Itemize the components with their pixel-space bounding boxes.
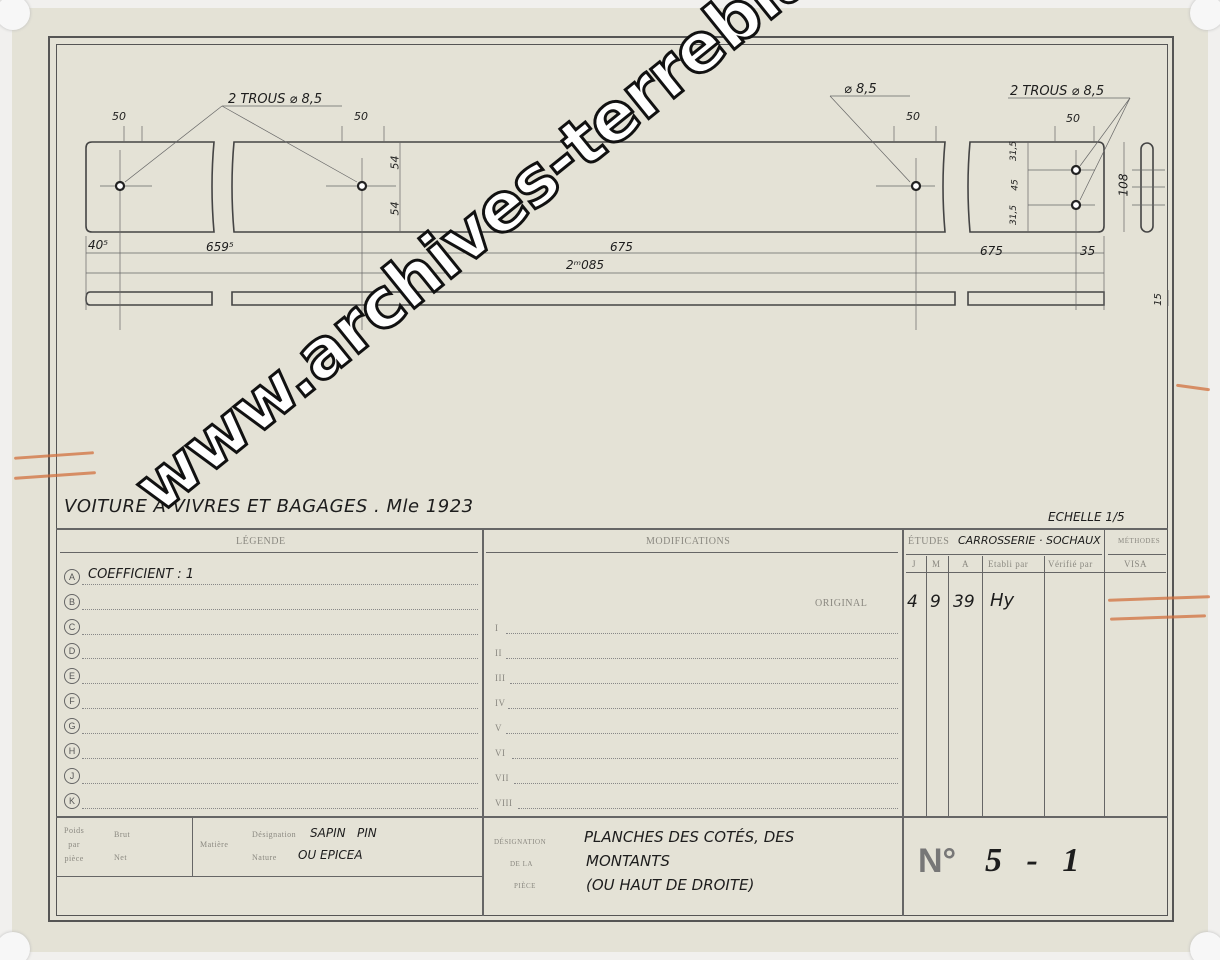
modification-row-label: VIII (495, 798, 513, 808)
established-by-signature: Hy (990, 590, 1014, 611)
piece-designation-line1: PLANCHES DES COTÉS, DES (584, 828, 794, 846)
column-verifie: Vérifié par (1048, 559, 1093, 569)
dimension-54-bottom: 54 (389, 202, 402, 216)
modification-row-label: IV (495, 698, 506, 708)
weight-per-piece-label: Poids par pièce (64, 824, 84, 866)
designation-label: Désignation (252, 830, 296, 839)
number-label: N° (918, 842, 956, 881)
legend-letter-k: K (64, 793, 80, 809)
divider (906, 572, 1166, 573)
dimension-15: 15 (1153, 293, 1164, 306)
piece-label-line2: DE LA (510, 860, 533, 868)
piece-designation-line2: MONTANTS (586, 852, 670, 870)
dimension-40-5: 40⁵ (88, 238, 108, 252)
dimension-54-top: 54 (389, 156, 402, 170)
column-etabli: Etabli par (988, 559, 1028, 569)
legend-letter-j: J (64, 768, 80, 784)
hole-icon (1072, 166, 1080, 174)
legend-header: LÉGENDE (236, 536, 286, 547)
hole-icon (116, 182, 124, 190)
modifications-header: MODIFICATIONS (646, 536, 730, 547)
hole-icon (1072, 201, 1080, 209)
legend-letter-d: D (64, 643, 80, 659)
divider (482, 528, 484, 916)
annotation-hole-single: ⌀ 8,5 (844, 82, 877, 97)
column-visa: VISA (1124, 559, 1147, 569)
piece-designation-line3: (OU HAUT DE DROITE) (586, 876, 754, 894)
etudes-department: CARROSSERIE · SOCHAUX (958, 534, 1101, 547)
divider (948, 556, 949, 816)
material-nature-value: OU EPICEA (298, 848, 363, 862)
end-slot (1141, 143, 1153, 232)
legend-letter-h: H (64, 743, 80, 759)
modification-row-label: VI (495, 748, 506, 758)
divider (192, 818, 193, 876)
divider (486, 552, 898, 553)
divider (982, 556, 983, 816)
dimension-675: 675 (980, 244, 1003, 258)
divider (56, 876, 482, 877)
methodes-label: MÉTHODES (1118, 537, 1160, 545)
title-block-top-border (56, 528, 1168, 530)
dimension-50: 50 (906, 110, 920, 123)
material-designation-value: SAPIN PIN (310, 826, 377, 840)
date-day: 4 (907, 592, 918, 612)
plank-left-piece (86, 142, 214, 232)
modification-row-label: II (495, 648, 502, 658)
legend-letter-g: G (64, 718, 80, 734)
legend-letter-a: A (64, 569, 80, 585)
date-year: 39 (953, 592, 975, 612)
column-a: A (962, 559, 969, 569)
material-label: Matière (200, 840, 228, 849)
divider (60, 552, 478, 553)
dimension-108: 108 (1116, 174, 1130, 197)
modification-row-label: I (495, 623, 499, 633)
column-j: J (912, 559, 916, 569)
dimension-total-length: 2ᵐ085 (566, 258, 604, 272)
divider (1108, 554, 1166, 555)
divider (906, 554, 1102, 555)
divider (902, 528, 904, 916)
hole-icon (358, 182, 366, 190)
piece-label-line1: DÉSIGNATION (494, 838, 546, 846)
dimension-675: 675 (610, 240, 633, 254)
modification-row-label: V (495, 723, 502, 733)
legend-item-text: COEFFICIENT : 1 (88, 567, 194, 582)
annotation-holes-right: 2 TROUS ⌀ 8,5 (1010, 84, 1104, 99)
legend-letter-e: E (64, 668, 80, 684)
plank-right-piece (968, 142, 1104, 232)
gross-weight-label: Brut (114, 830, 130, 839)
dimension-35: 35 (1080, 244, 1095, 258)
legend-letter-b: B (64, 594, 80, 610)
dimension-659-5: 659⁵ (206, 240, 234, 254)
date-month: 9 (930, 592, 941, 612)
net-weight-label: Net (114, 853, 127, 862)
piece-label-line3: PIÈCE (514, 882, 536, 890)
dimension-31-5-bottom: 31,5 (1009, 205, 1019, 225)
dimension-50: 50 (354, 110, 368, 123)
etudes-label: ÉTUDES (908, 536, 949, 547)
drawing-number: 5 - 1 (985, 842, 1087, 880)
dimension-31-5-top: 31,5 (1009, 141, 1019, 161)
scale-label: ECHELLE 1/5 (1048, 510, 1125, 524)
nature-label: Nature (252, 853, 277, 862)
divider (926, 556, 927, 816)
modification-row-label: VII (495, 773, 509, 783)
hole-icon (912, 182, 920, 190)
drawing-title: VOITURE À VIVRES ET BAGAGES . Mle 1923 (64, 496, 474, 517)
divider (56, 816, 1168, 818)
dimension-50: 50 (112, 110, 126, 123)
original-label: ORIGINAL (815, 598, 867, 609)
column-m: M (932, 559, 941, 569)
annotation-holes-left: 2 TROUS ⌀ 8,5 (228, 92, 322, 107)
legend-letter-c: C (64, 619, 80, 635)
dimension-50: 50 (1066, 112, 1080, 125)
dimension-45: 45 (1011, 179, 1021, 190)
legend-letter-f: F (64, 693, 80, 709)
divider (1044, 556, 1045, 816)
modification-row-label: III (495, 673, 506, 683)
